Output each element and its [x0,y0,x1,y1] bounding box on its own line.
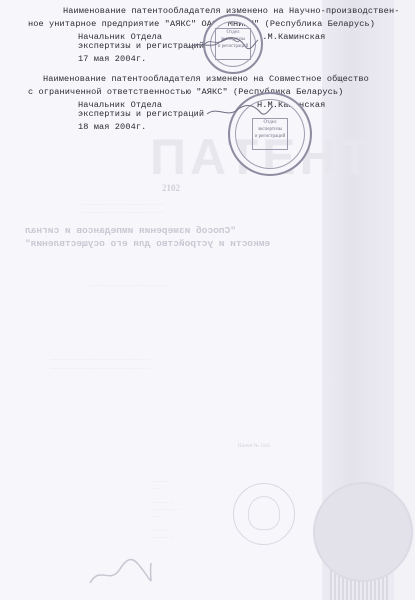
showthrough-bold-1: "Способ измерения импедансов и сигнал [25,225,236,236]
entry1-date: 17 мая 2004г. [78,54,146,64]
entry2-position-line2: экспертизы и регистраций [78,109,204,119]
entry2-date: 18 мая 2004г. [78,122,146,132]
state-emblem-showthrough [233,483,295,545]
showthrough-small-3: . . . . . . . . . . . . . . . . . . . . … [88,283,167,288]
showthrough-dates: . . . . . . . .. . . .. . . . . . . . ..… [152,478,181,541]
entry1-signatory: Н.М.Каминская [257,32,325,42]
entry1-signature-icon [185,34,260,54]
showthrough-small-5: . . . . . . . . . . . . . . . . . . . . … [50,366,149,371]
entry2-notice-line1: Наименование патентообладателя изменено … [43,74,369,84]
showthrough-number: 2102 [162,183,180,193]
embossed-seal [313,482,413,582]
showthrough-small-4: . . . . . . . . . . . . . . . . . . . . … [50,357,149,362]
entry2-notice-line2: с ограниченной ответственностью "АЯКС" (… [28,87,343,97]
showthrough-signature-icon [85,555,155,590]
entry1-notice-line2: ное унитарное предприятие "АЯКС" ОАО "МН… [28,19,375,29]
showthrough-bold-2: емкости и устройство для его осуществлен… [25,238,270,249]
showthrough-small-1: . . . . . . . . . . . . . . . . . . . . … [78,202,164,207]
showthrough-patent-number: Патент № 1161 [238,444,270,449]
entry2-stamp-inner: Отдел экспертизы и регистраций [252,118,288,150]
entry2-signature-icon [205,102,275,122]
showthrough-small-2: . . . . . . . . . . . . . . . . . . . . … [78,210,164,215]
